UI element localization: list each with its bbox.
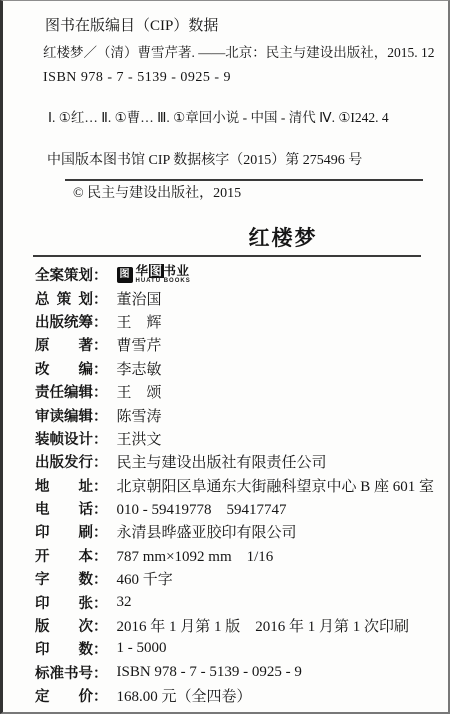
colophon-label: 全案策划 bbox=[35, 264, 93, 285]
colophon-row-review-editor: 审读编辑： 陈雪涛 bbox=[35, 403, 448, 426]
label-colon: ： bbox=[93, 334, 108, 355]
label-colon: ： bbox=[93, 615, 108, 636]
huatu-logo-subtext: HUATU BOOKS bbox=[136, 278, 191, 285]
colophon-row-designer: 装帧设计： 王洪文 bbox=[35, 427, 448, 450]
colophon-label: 责任编辑 bbox=[35, 381, 93, 402]
cip-catalog-entry: 红楼梦／（清）曹雪芹著. ——北京：民主与建设出版社，2015. 12 bbox=[43, 44, 448, 61]
colophon-label: 印刷 bbox=[35, 521, 93, 542]
label-colon: ： bbox=[93, 381, 108, 402]
cip-record-number: 中国版本图书馆 CIP 数据核字（2015）第 275496 号 bbox=[47, 152, 448, 170]
label-colon: ： bbox=[93, 358, 108, 379]
colophon-value: 曹雪芹 bbox=[117, 334, 162, 355]
colophon-label: 定价 bbox=[35, 685, 93, 706]
colophon-label: 电话 bbox=[35, 498, 93, 519]
colophon-label: 字数 bbox=[35, 568, 93, 589]
label-colon: ： bbox=[93, 311, 108, 332]
colophon-label: 审读编辑 bbox=[35, 405, 93, 426]
colophon-label: 印张 bbox=[35, 592, 93, 613]
colophon-table: 全案策划： 图 华图书业 HUATU BOOKS 总策划： 董治国 出版统筹： … bbox=[35, 263, 448, 707]
colophon-row-address: 地址： 北京朝阳区阜通东大街融科望京中心 B 座 601 室 bbox=[35, 474, 448, 497]
label-colon: ： bbox=[93, 685, 108, 706]
colophon-label: 装帧设计 bbox=[35, 428, 93, 449]
label-colon: ： bbox=[93, 592, 108, 613]
colophon-value: ISBN 978 - 7 - 5139 - 0925 - 9 bbox=[117, 664, 302, 681]
huatu-books-logo: 图 华图书业 HUATU BOOKS bbox=[117, 265, 191, 285]
label-colon: ： bbox=[93, 521, 108, 542]
label-colon: ： bbox=[93, 475, 108, 496]
colophon-label: 总策划 bbox=[35, 288, 93, 309]
colophon-value: 168.00 元（全四卷） bbox=[117, 685, 252, 706]
huatu-logo-wordmark: 华图书业 bbox=[136, 265, 191, 278]
colophon-row-edition: 版次： 2016 年 1 月第 1 版 2016 年 1 月第 1 次印刷 bbox=[35, 614, 448, 637]
colophon-label: 出版统筹 bbox=[35, 311, 93, 332]
colophon-row-phone: 电话： 010 - 59419778 59417747 bbox=[35, 497, 448, 520]
colophon-label: 改编 bbox=[35, 358, 93, 379]
colophon-row-format: 开本： 787 mm×1092 mm 1/16 bbox=[35, 544, 448, 567]
colophon-row-adapter: 改编： 李志敏 bbox=[35, 357, 448, 380]
colophon-row-printer: 印刷： 永清县晔盛亚胶印有限公司 bbox=[35, 520, 448, 543]
colophon-row-publisher: 出版发行： 民主与建设出版社有限责任公司 bbox=[35, 450, 448, 473]
colophon-row-chief-planner: 总策划： 董治国 bbox=[35, 286, 448, 309]
colophon-row-word-count: 字数： 460 千字 bbox=[35, 567, 448, 590]
cip-isbn: ISBN 978 - 7 - 5139 - 0925 - 9 bbox=[43, 69, 448, 87]
colophon-row-print-run: 印数： 1 - 5000 bbox=[35, 637, 448, 660]
colophon-value: 王洪文 bbox=[117, 428, 162, 449]
wordmark-boxed-char: 图 bbox=[149, 264, 164, 278]
copyright-notice: © 民主与建设出版社，2015 bbox=[73, 185, 448, 203]
colophon-row-original-author: 原著： 曹雪芹 bbox=[35, 333, 448, 356]
label-colon: ： bbox=[93, 451, 108, 472]
divider-rule-top bbox=[65, 179, 423, 181]
colophon-value: 王 颂 bbox=[117, 381, 162, 402]
colophon-row-planning: 全案策划： 图 华图书业 HUATU BOOKS bbox=[35, 263, 448, 286]
colophon-row-sheets: 印张： 32 bbox=[35, 590, 448, 613]
label-colon: ： bbox=[93, 288, 108, 309]
label-colon: ： bbox=[93, 428, 108, 449]
colophon-label: 出版发行 bbox=[35, 451, 93, 472]
copyright-page: 图书在版编目（CIP）数据 红楼梦／（清）曹雪芹著. ——北京：民主与建设出版社… bbox=[0, 0, 450, 714]
label-colon: ： bbox=[93, 405, 108, 426]
cip-heading: 图书在版编目（CIP）数据 bbox=[45, 17, 448, 36]
colophon-value: 32 bbox=[117, 594, 132, 611]
colophon-label: 原著 bbox=[35, 334, 93, 355]
colophon-label: 版次 bbox=[35, 615, 93, 636]
label-colon: ： bbox=[93, 568, 108, 589]
wordmark-suffix: 书业 bbox=[164, 264, 190, 278]
colophon-value: 陈雪涛 bbox=[117, 405, 162, 426]
colophon-value: 王 辉 bbox=[117, 311, 162, 332]
book-title: 红楼梦 bbox=[3, 225, 448, 251]
colophon-value: 董治国 bbox=[117, 288, 162, 309]
label-colon: ： bbox=[93, 498, 108, 519]
divider-rule-title bbox=[33, 255, 421, 257]
colophon-row-responsible-editor: 责任编辑： 王 颂 bbox=[35, 380, 448, 403]
colophon-label: 开本 bbox=[35, 545, 93, 566]
colophon-value: 2016 年 1 月第 1 版 2016 年 1 月第 1 次印刷 bbox=[117, 615, 410, 636]
colophon-value: 460 千字 bbox=[117, 568, 173, 589]
colophon-label: 标准书号 bbox=[35, 662, 93, 683]
colophon-value: 北京朝阳区阜通东大街融科望京中心 B 座 601 室 bbox=[117, 475, 435, 496]
colophon-value: 永清县晔盛亚胶印有限公司 bbox=[117, 521, 297, 542]
colophon-row-price: 定价： 168.00 元（全四卷） bbox=[35, 684, 448, 707]
huatu-logo-text: 华图书业 HUATU BOOKS bbox=[136, 265, 191, 285]
colophon-value: 787 mm×1092 mm 1/16 bbox=[117, 545, 274, 566]
wordmark-prefix: 华 bbox=[136, 264, 149, 278]
colophon-value: 民主与建设出版社有限责任公司 bbox=[117, 451, 327, 472]
cip-classification: Ⅰ. ①红… Ⅱ. ①曹… Ⅲ. ①章回小说 - 中国 - 清代 Ⅳ. ①I24… bbox=[48, 109, 448, 126]
huatu-logo-icon: 图 bbox=[117, 267, 133, 283]
label-colon: ： bbox=[93, 545, 108, 566]
colophon-label: 地址 bbox=[35, 475, 93, 496]
colophon-value: 李志敏 bbox=[117, 358, 162, 379]
label-colon: ： bbox=[93, 662, 108, 683]
colophon-label: 印数 bbox=[35, 638, 93, 659]
colophon-row-publishing-coordinator: 出版统筹： 王 辉 bbox=[35, 310, 448, 333]
label-colon: ： bbox=[93, 264, 108, 285]
colophon-value: 1 - 5000 bbox=[117, 640, 167, 657]
label-colon: ： bbox=[93, 638, 108, 659]
colophon-value: 010 - 59419778 59417747 bbox=[117, 498, 287, 519]
colophon-row-standard-isbn: 标准书号： ISBN 978 - 7 - 5139 - 0925 - 9 bbox=[35, 661, 448, 684]
